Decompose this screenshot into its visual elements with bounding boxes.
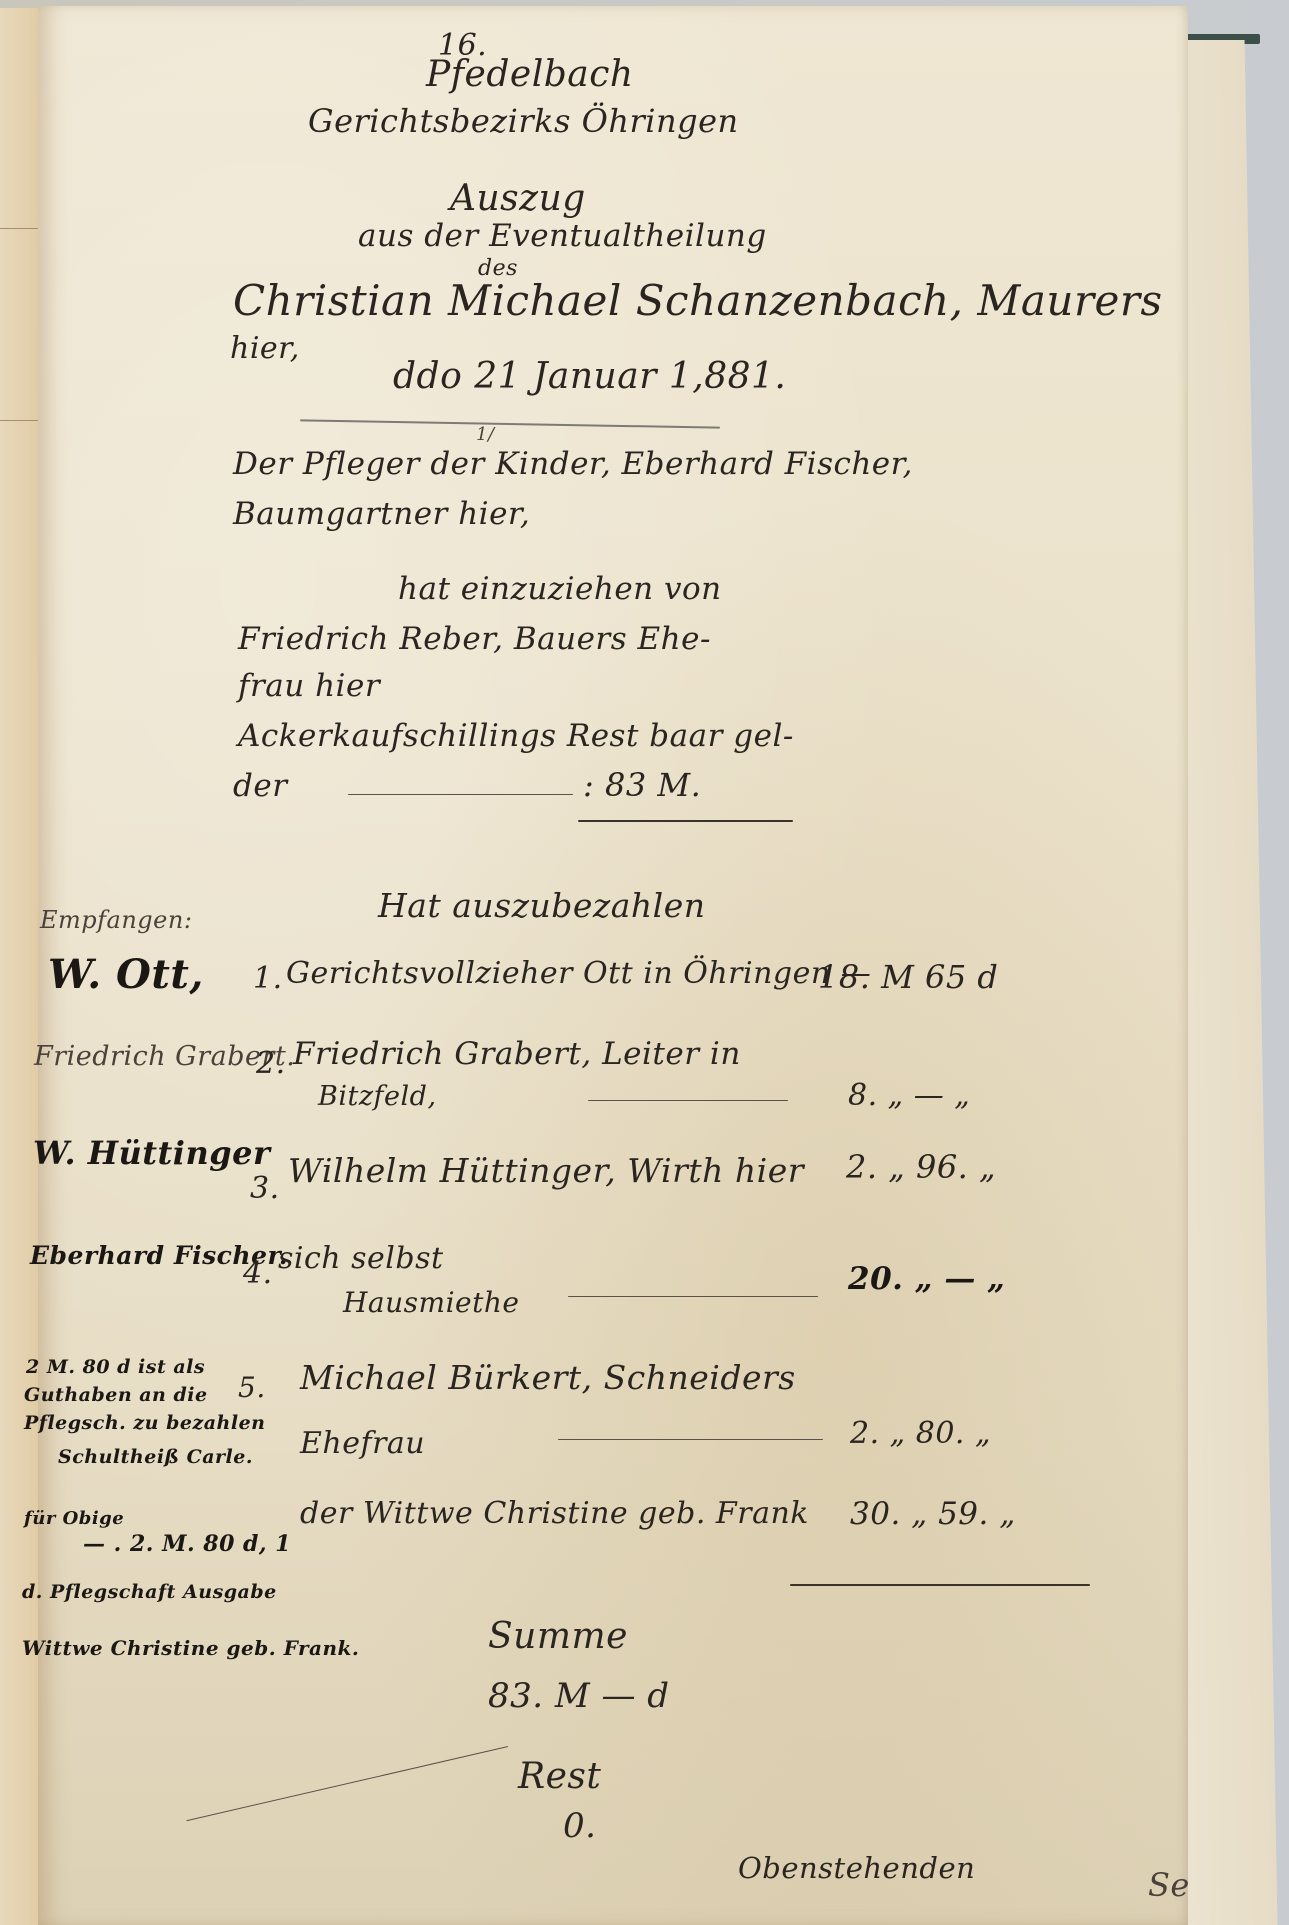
payment-number-4: 4. <box>243 1256 273 1291</box>
margin-note-line: Schultheiß Carle. <box>58 1446 253 1468</box>
payment-payee-4-cont: Hausmiethe <box>343 1286 519 1319</box>
sum-amount: 83. M — d <box>488 1676 670 1716</box>
margin-note-line: für Obige <box>24 1508 124 1529</box>
payment-amount-6: 30. „ 59. „ <box>850 1496 1016 1532</box>
margin-note-line: 2 M. 80 d ist als <box>26 1356 205 1378</box>
deceased-place: hier, <box>230 331 300 366</box>
payment-number-1: 1. <box>253 961 283 996</box>
closing-flourish <box>186 1746 508 1821</box>
deceased-name: Christian Michael Schanzenbach, Maurers <box>233 276 1163 325</box>
header-divider <box>300 419 720 428</box>
court-district: Gerichtsbezirks Öhringen <box>308 102 739 140</box>
place-name: Pfedelbach <box>426 54 634 95</box>
sum-label: Summe <box>488 1616 628 1657</box>
payment-payee-1: Gerichtsvollzieher Ott in Öhringen — <box>286 956 871 991</box>
payment-amount-2: 8. „ — „ <box>848 1078 970 1113</box>
amount-underline <box>578 820 793 822</box>
receipt-signature-1: W. Ott, <box>48 951 204 998</box>
fill-line <box>348 794 573 795</box>
guardian-line: Der Pfleger der Kinder, Eberhard Fischer… <box>233 446 913 482</box>
margin-note-line: Wittwe Christine geb. Frank. <box>22 1636 359 1660</box>
payment-payee-3: Wilhelm Hüttinger, Wirth hier <box>288 1151 804 1190</box>
collect-line: hat einzuziehen von <box>398 571 722 607</box>
payment-number-3: 3. <box>250 1171 280 1206</box>
document-page: 16. Pfedelbach Gerichtsbezirks Öhringen … <box>38 6 1188 1925</box>
payment-payee-2-cont: Bitzfeld, <box>318 1081 437 1112</box>
margin-note-line: — . 2. M. 80 d, 1 <box>83 1531 291 1557</box>
payout-heading: Hat auszubezahlen <box>378 886 706 925</box>
margin-note-line: Guthaben an die <box>24 1384 208 1406</box>
debtor-line-cont: frau hier <box>238 668 380 704</box>
debtor-line: Friedrich Reber, Bauers Ehe- <box>238 621 711 657</box>
rest-label: Rest <box>518 1756 601 1797</box>
fill-line <box>588 1100 788 1101</box>
receipt-signature-3: W. Hüttinger <box>33 1134 270 1172</box>
divider-mark: 1/ <box>476 424 495 445</box>
total-underline <box>790 1584 1090 1586</box>
margin-note-line: d. Pflegschaft Ausgabe <box>22 1581 277 1603</box>
guardian-occupation: Baumgartner hier, <box>233 496 530 532</box>
received-label: Empfangen: <box>40 906 192 934</box>
payment-payee-2: Friedrich Grabert, Leiter in <box>293 1036 741 1072</box>
document-date: ddo 21 Januar 1,881. <box>393 356 786 397</box>
corner-mark: Se <box>1148 1866 1190 1904</box>
payment-number-5: 5. <box>238 1371 266 1404</box>
payment-amount-5: 2. „ 80. „ <box>850 1416 991 1451</box>
signature: Obenstehenden <box>738 1851 975 1885</box>
fill-line <box>558 1439 823 1440</box>
debt-description-cont: der <box>233 768 288 804</box>
debt-description: Ackerkaufschillings Rest baar gel- <box>238 718 794 754</box>
document-subtitle: aus der Eventualtheilung <box>358 218 767 254</box>
debt-amount: : 83 M. <box>583 766 701 804</box>
payment-payee-4: sich selbst <box>278 1241 444 1276</box>
payment-payee-5-cont: Ehefrau <box>300 1426 425 1461</box>
fill-line <box>568 1296 818 1297</box>
payment-amount-4: 20. „ — „ <box>848 1261 1005 1297</box>
payment-amount-3: 2. „ 96. „ <box>846 1148 996 1186</box>
margin-note-line: Pflegsch. zu bezahlen <box>24 1412 266 1434</box>
document-title: Auszug <box>450 178 586 219</box>
payment-amount-1: 18. M 65 d <box>818 958 998 996</box>
payment-number-2: 2. <box>256 1046 286 1081</box>
rest-amount: 0. <box>563 1806 596 1846</box>
payment-payee-5: Michael Bürkert, Schneiders <box>300 1358 796 1397</box>
payment-payee-6: der Wittwe Christine geb. Frank <box>300 1496 809 1531</box>
